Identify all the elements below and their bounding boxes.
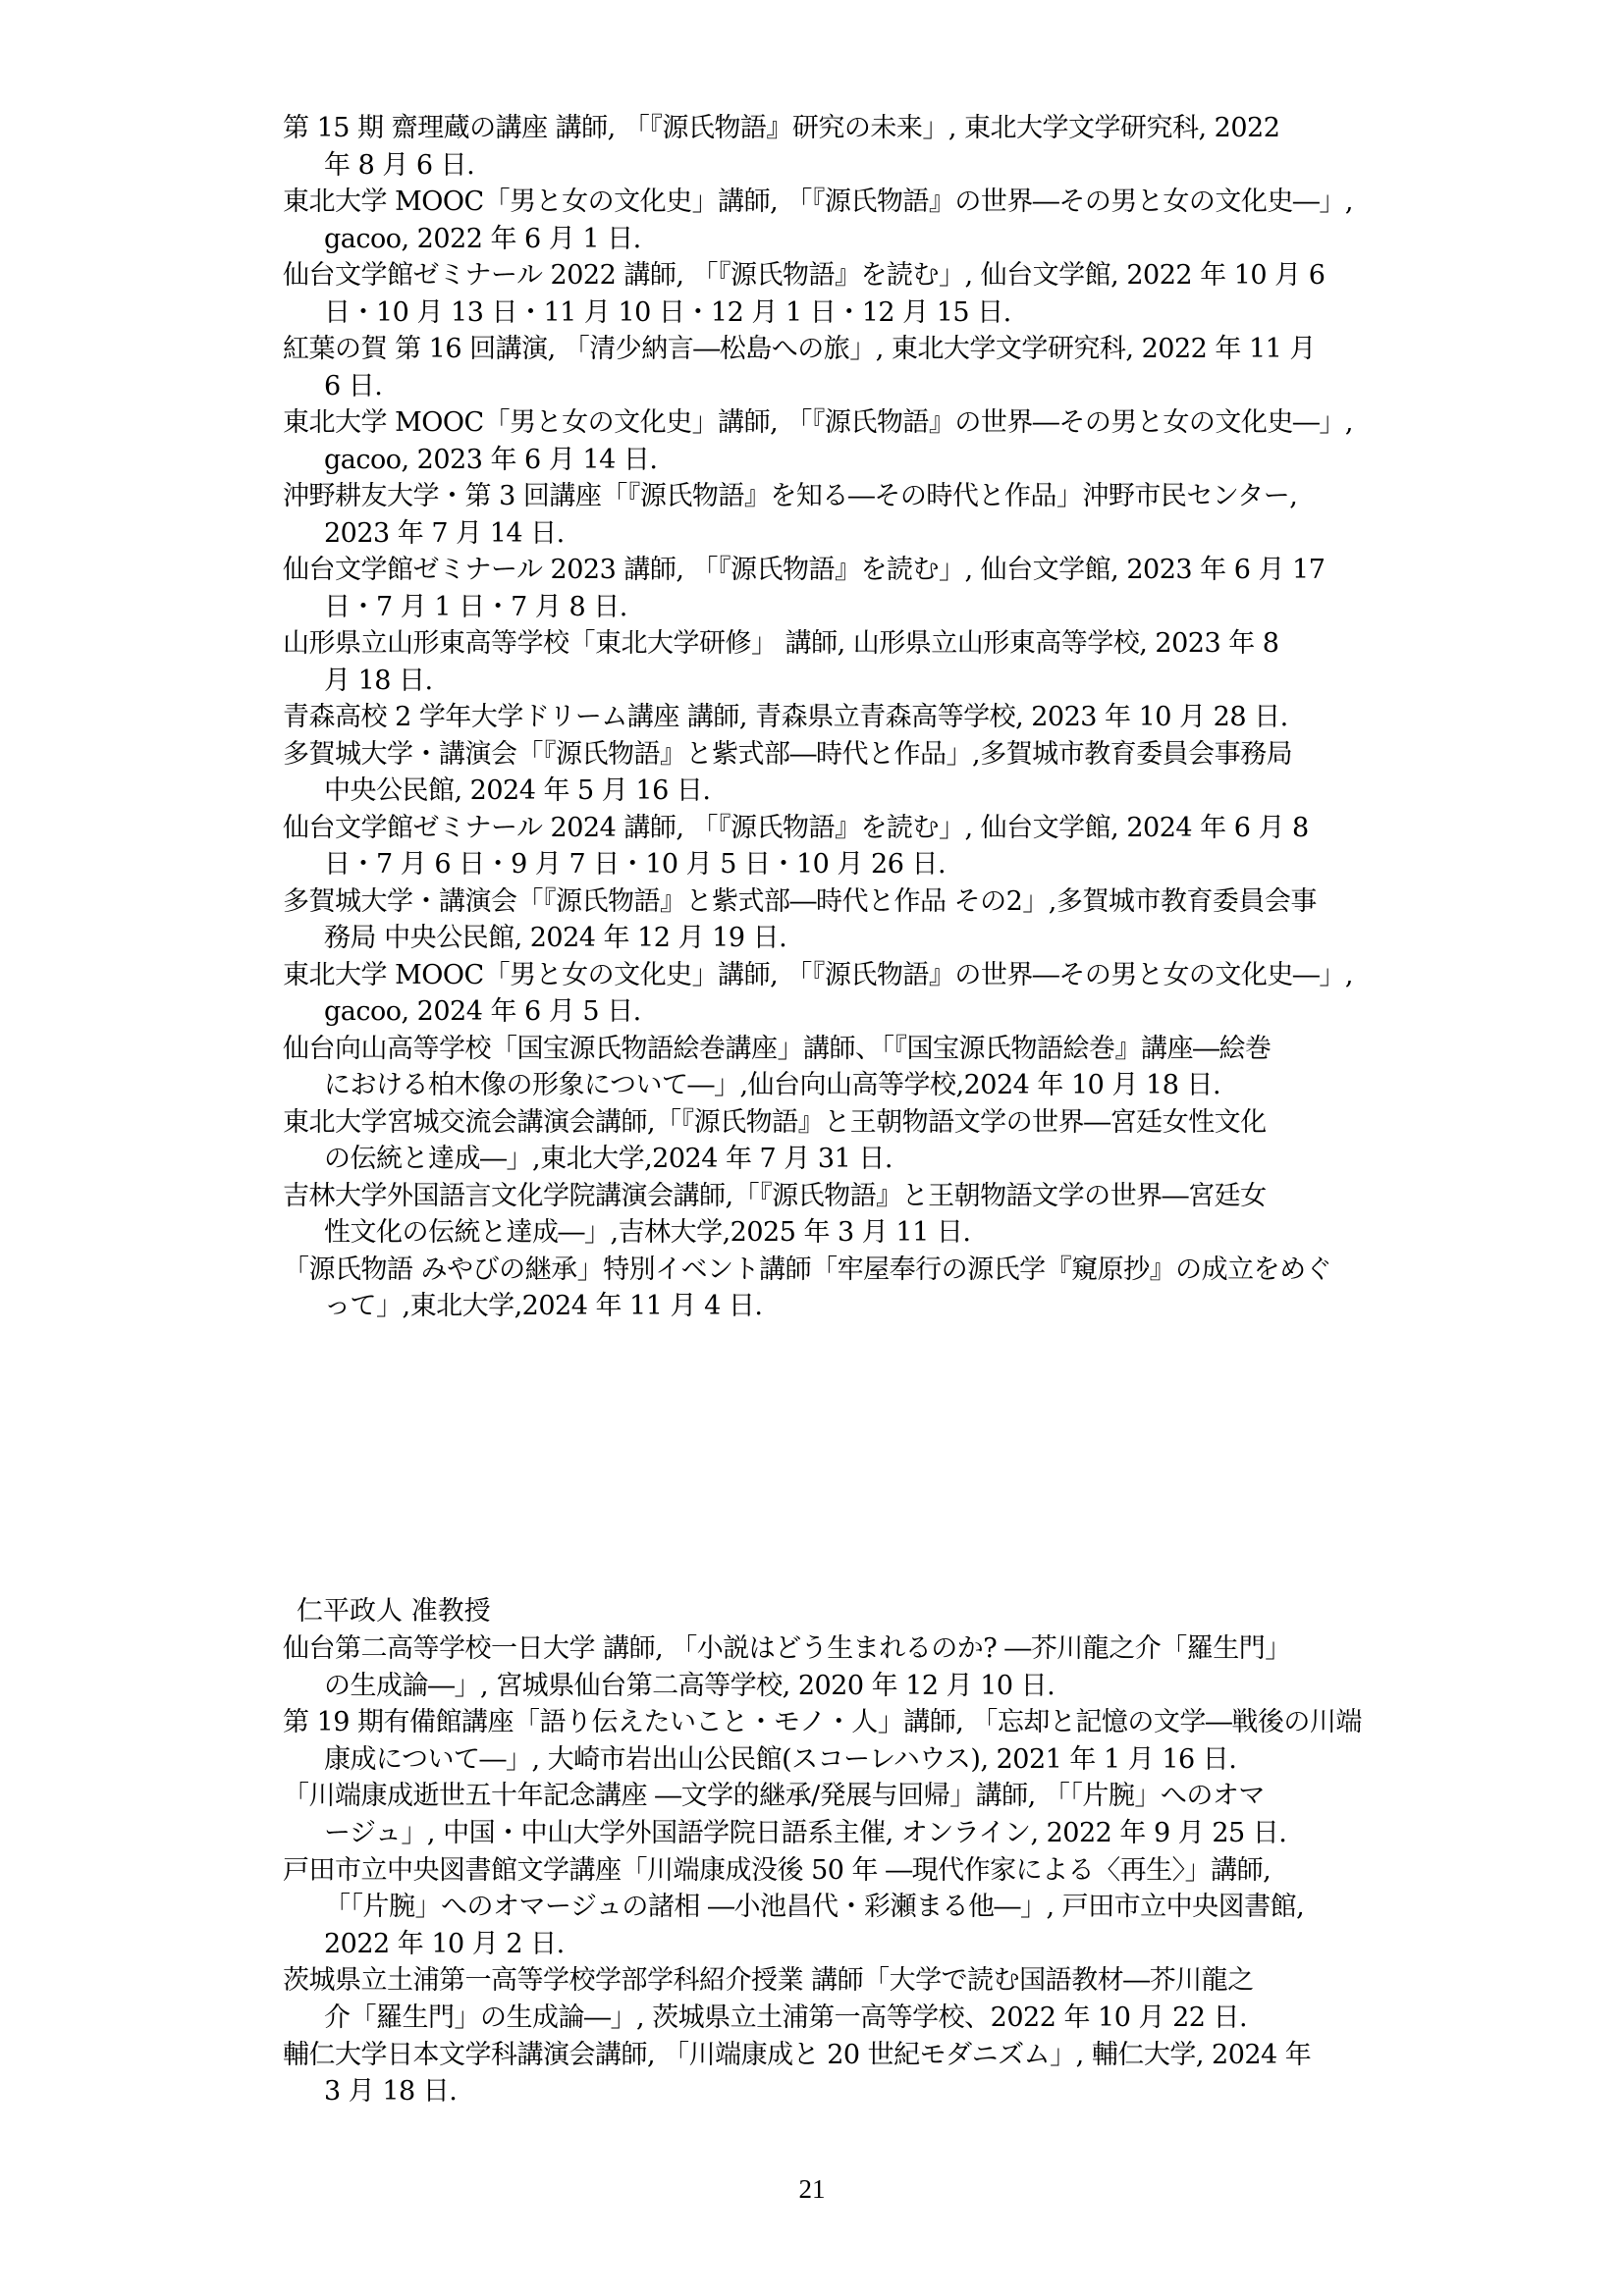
entry-line: 仙台文学館ゼミナール 2022 講師, 「『源氏物語』を読む」, 仙台文学館, … (283, 257, 1407, 294)
entry-line: 戸田市立中央図書館文学講座「川端康成没後 50 年 ―現代作家による〈再生〉」講… (283, 1852, 1407, 1889)
entry-continuation-line: 「「片腕」へのオマージュの諸相 ―小池昌代・彩瀬まる他―」, 戸田市立中央図書館… (324, 1889, 1404, 1925)
entry-line: 「源氏物語 みやびの継承」特別イベント講師「牢屋奉行の源氏学『窺原抄』の成立をめ… (283, 1252, 1407, 1288)
entry-continuation-line: 月 18 日. (324, 663, 1404, 699)
entry-continuation-line: ージュ」, 中国・中山大学外国語学院日語系主催, オンライン, 2022 年 9… (324, 1815, 1404, 1851)
entry-continuation-line: 3 月 18 日. (324, 2073, 1404, 2109)
entry-continuation-line: 務局 中央公民館, 2024 年 12 月 19 日. (324, 920, 1404, 956)
document-page: 第 15 期 齋理蔵の講座 講師, 「『源氏物語』研究の未来」, 東北大学文学研… (0, 0, 1624, 2296)
entry-line: 東北大学 MOOC「男と女の文化史」講師, 「『源氏物語』の世界―その男と女の文… (283, 404, 1407, 441)
entry-line: 多賀城大学・講演会「『源氏物語』と紫式部―時代と作品 その2」,多賀城市教育委員… (283, 883, 1407, 920)
entry-continuation-line: の伝統と達成―」,東北大学,2024 年 7 月 31 日. (324, 1141, 1404, 1177)
entry-continuation-line: 日・7 月 1 日・7 月 8 日. (324, 589, 1404, 625)
entry-line: 仙台文学館ゼミナール 2024 講師, 「『源氏物語』を読む」, 仙台文学館, … (283, 810, 1407, 846)
entry-continuation-line: gacoo, 2024 年 6 月 5 日. (324, 993, 1404, 1030)
entry-continuation-line: における柏木像の形象について―」,仙台向山高等学校,2024 年 10 月 18… (324, 1067, 1404, 1103)
entry-line: 輔仁大学日本文学科講演会講師, 「川端康成と 20 世紀モダニズム」, 輔仁大学… (283, 2037, 1407, 2073)
entry-continuation-line: gacoo, 2022 年 6 月 1 日. (324, 221, 1404, 257)
section-heading: 仁平政人 准教授 (297, 1593, 491, 1629)
entry-line: 「川端康成逝世五十年記念講座 ―文学的継承/発展与回帰」講師, 「「片腕」へのオ… (283, 1778, 1407, 1814)
entry-continuation-line: 2022 年 10 月 2 日. (324, 1926, 1404, 1962)
entry-continuation-line: gacoo, 2023 年 6 月 14 日. (324, 442, 1404, 478)
entry-continuation-line: 日・10 月 13 日・11 月 10 日・12 月 1 日・12 月 15 日… (324, 294, 1404, 331)
entry-continuation-line: 6 日. (324, 368, 1404, 404)
entry-continuation-line: 日・7 月 6 日・9 月 7 日・10 月 5 日・10 月 26 日. (324, 846, 1404, 882)
entry-line: 紅葉の賀 第 16 回講演, 「清少納言―松島への旅」, 東北大学文学研究科, … (283, 331, 1407, 367)
entry-line: 多賀城大学・講演会「『源氏物語』と紫式部―時代と作品」,多賀城市教育委員会事務局 (283, 736, 1407, 773)
entry-line: 青森高校 2 学年大学ドリーム講座 講師, 青森県立青森高等学校, 2023 年… (283, 699, 1407, 735)
entry-line: 吉林大学外国語言文化学院講演会講師,「『源氏物語』と王朝物語文学の世界―宮廷女 (283, 1178, 1407, 1214)
entry-line: 仙台第二高等学校一日大学 講師, 「小説はどう生まれるのか? ―芥川龍之介「羅生… (283, 1630, 1407, 1667)
entry-line: 仙台文学館ゼミナール 2023 講師, 「『源氏物語』を読む」, 仙台文学館, … (283, 552, 1407, 588)
entry-line: 東北大学 MOOC「男と女の文化史」講師, 「『源氏物語』の世界―その男と女の文… (283, 184, 1407, 220)
entry-line: 第 15 期 齋理蔵の講座 講師, 「『源氏物語』研究の未来」, 東北大学文学研… (283, 110, 1407, 146)
entry-continuation-line: の生成論―」, 宮城県仙台第二高等学校, 2020 年 12 月 10 日. (324, 1668, 1404, 1704)
entry-line: 東北大学 MOOC「男と女の文化史」講師, 「『源氏物語』の世界―その男と女の文… (283, 957, 1407, 993)
entry-continuation-line: 中央公民館, 2024 年 5 月 16 日. (324, 773, 1404, 809)
entry-line: 東北大学宮城交流会講演会講師,「『源氏物語』と王朝物語文学の世界―宮廷女性文化 (283, 1104, 1407, 1141)
entry-continuation-line: 康成について―」, 大崎市岩出山公民館(スコーレハウス), 2021 年 1 月… (324, 1741, 1404, 1778)
entry-line: 茨城県立土浦第一高等学校学部学科紹介授業 講師「大学で読む国語教材―芥川龍之 (283, 1962, 1407, 1999)
entry-line: 沖野耕友大学・第 3 回講座「『源氏物語』を知る―その時代と作品」沖野市民センタ… (283, 478, 1407, 514)
entry-continuation-line: 介「羅生門」の生成論―」, 茨城県立土浦第一高等学校、2022 年 10 月 2… (324, 2000, 1404, 2036)
entry-line: 仙台向山高等学校「国宝源氏物語絵巻講座」講師、「『国宝源氏物語絵巻』講座―絵巻 (283, 1031, 1407, 1067)
entry-continuation-line: 年 8 月 6 日. (324, 147, 1404, 184)
entry-line: 山形県立山形東高等学校「東北大学研修」 講師, 山形県立山形東高等学校, 202… (283, 625, 1407, 662)
page-number: 21 (0, 2171, 1624, 2208)
entry-continuation-line: 2023 年 7 月 14 日. (324, 515, 1404, 552)
entry-continuation-line: って」,東北大学,2024 年 11 月 4 日. (324, 1288, 1404, 1324)
entry-line: 第 19 期有備館講座「語り伝えたいこと・モノ・人」講師, 「忘却と記憶の文学―… (283, 1704, 1407, 1740)
entry-continuation-line: 性文化の伝統と達成―」,吉林大学,2025 年 3 月 11 日. (324, 1214, 1404, 1251)
